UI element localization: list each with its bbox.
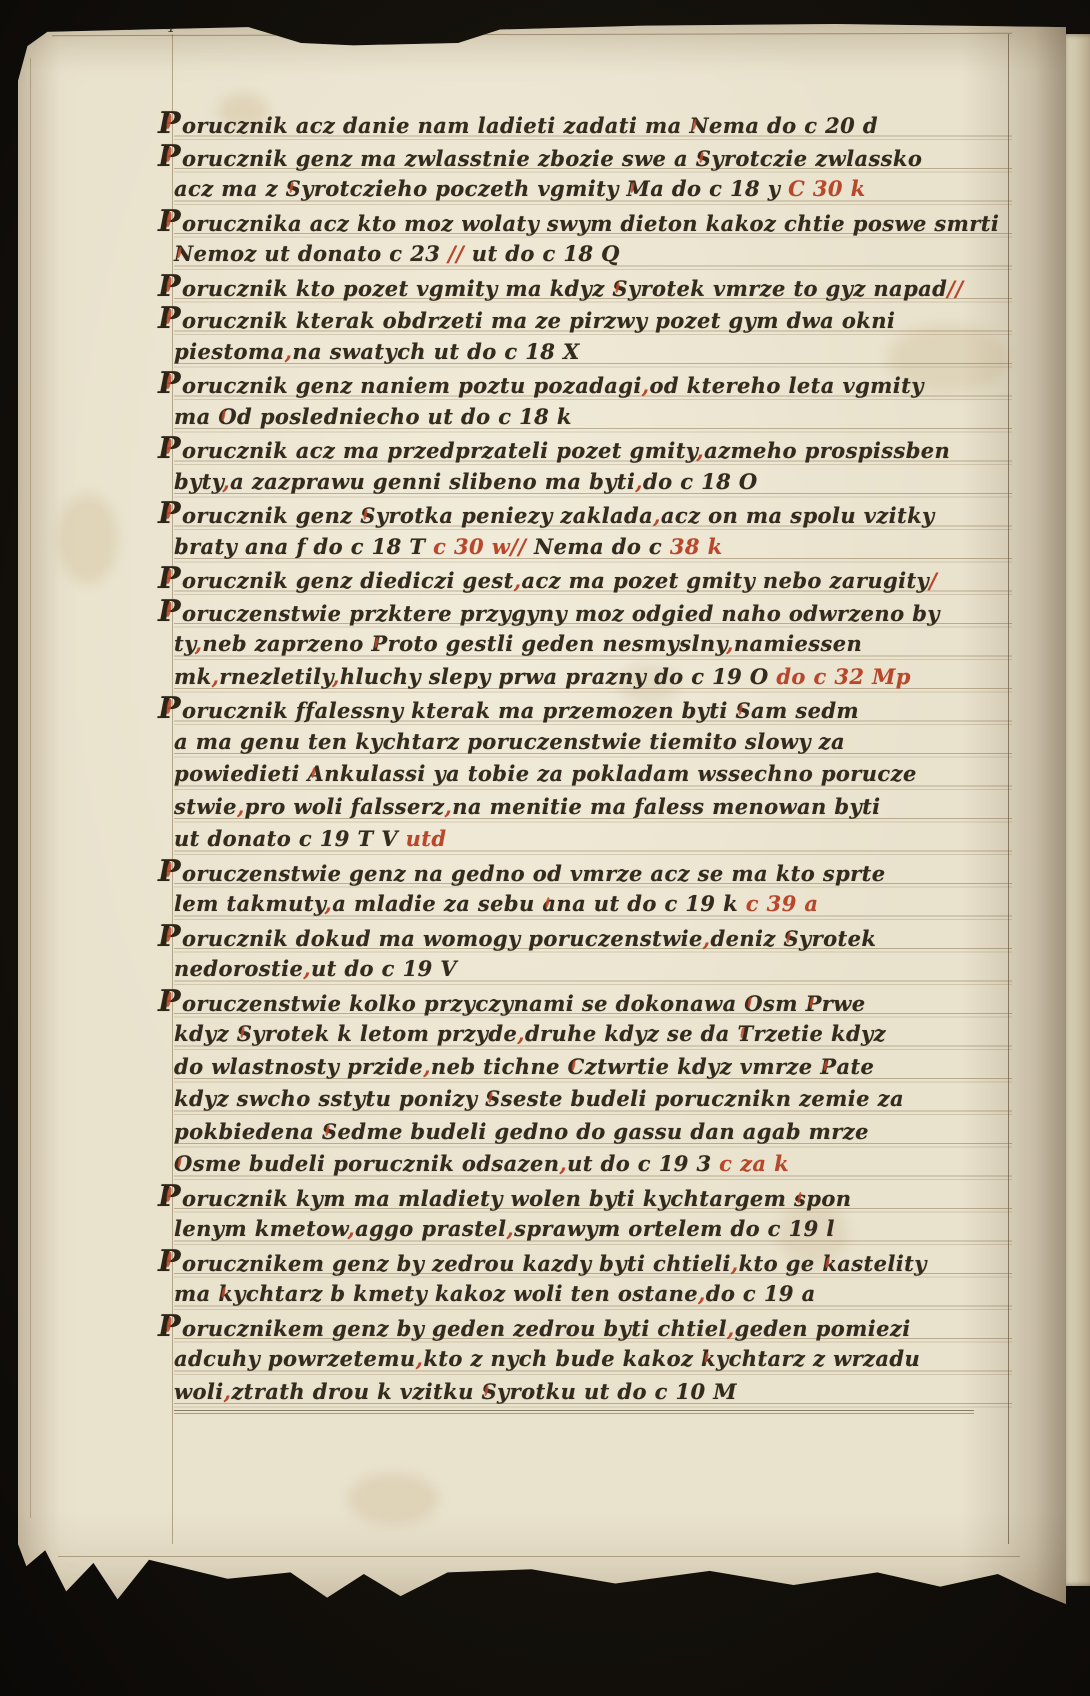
manuscript-line: Porucznik acz ma przedprzateli pozet gmi…: [174, 433, 1012, 466]
ink-text: mk: [174, 664, 212, 689]
ink-text: do wlastnosty przide: [174, 1054, 423, 1079]
ink-text: orucznikem genz by zedrou kazdy byti cht…: [182, 1251, 731, 1276]
ink-text: oruczenstwie genz na gedno od vmrze acz …: [182, 861, 886, 886]
ink-text: deniz: [711, 926, 784, 951]
ink-text: sme budeli porucznik odsazen: [193, 1151, 560, 1176]
ink-text: rwe: [822, 991, 866, 1016]
manuscript-line: lem takmuty,a mladie za sebu ana ut do c…: [174, 888, 1012, 921]
rubric-text: ,: [423, 1054, 431, 1079]
ink-text: ema do c 20 d: [709, 113, 878, 138]
ink-text: d posledniecho ut do c 18 k: [237, 404, 572, 429]
manuscript-line: kdyz swcho sstytu ponizy Sseste budeli p…: [174, 1083, 1012, 1116]
rubric-text: 38 k: [670, 534, 723, 559]
ink-text: yrotku ut do c 10 M: [497, 1379, 737, 1404]
ink-text: orucznik kto pozet vgmity ma kdyz: [182, 276, 612, 301]
ink-text: oruczenstwie przktere przygyny moz odgie…: [182, 601, 940, 626]
ink-text: neb tichne: [431, 1054, 568, 1079]
rubric-text: //: [448, 241, 464, 266]
ink-text: P: [806, 988, 822, 1021]
manuscript-line: Porucznik kterak obdrzeti ma ze pirzwy p…: [174, 303, 1012, 336]
ink-text: O: [174, 1148, 193, 1181]
ink-text: ychtarz b kmety kakoz woli ten ostane: [233, 1281, 698, 1306]
ink-text: ate: [836, 1054, 874, 1079]
ink-text: yrotczieho poczeth vgmity: [301, 176, 626, 201]
rubricated-initial: P: [158, 368, 182, 400]
ink-text: na menitie ma faless menowan byti: [452, 794, 880, 819]
ink-text: rzetie kdyz: [754, 1021, 886, 1046]
ink-text: lenym kmetow: [174, 1216, 347, 1241]
ink-text: ut do c 19 V: [311, 956, 457, 981]
ink-text: braty ana f do c 18 T: [174, 534, 433, 559]
ink-text: orucznik genz diediczi gest: [182, 568, 514, 593]
ink-text: hluchy slepy prwa prazny do c 19 O: [340, 664, 776, 689]
rubricated-initial: P: [158, 986, 182, 1018]
ink-text: woli: [174, 1379, 224, 1404]
rubricated-initial: P: [158, 1311, 182, 1343]
manuscript-line: Porucznik kto pozet vgmity ma kdyz Syrot…: [174, 271, 1012, 304]
ink-text: edme budeli gedno do gassu dan agab mrze: [337, 1119, 868, 1144]
manuscript-line: kdyz Syrotek k letom przyde,druhe kdyz s…: [174, 1018, 1012, 1051]
ink-text: do c 19 a: [706, 1281, 816, 1306]
ruling-line-bottom: [58, 1556, 1020, 1557]
rubric-text: /: [929, 568, 937, 593]
manuscript-line: ma kychtarz b kmety kakoz woli ten ostan…: [174, 1278, 1012, 1311]
rubricated-initial: P: [158, 921, 182, 953]
ink-text: emoz ut donato c 23: [194, 241, 448, 266]
manuscript-line: Porucznikem genz by zedrou kazdy byti ch…: [174, 1246, 1012, 1279]
manuscript-line: powiedieti Ankulassi ya tobie za poklada…: [174, 758, 1012, 791]
manuscript-line: ma Od posledniecho ut do c 18 k: [174, 401, 1012, 434]
rubric-text: utd: [406, 826, 447, 851]
ink-text: orucznik dokud ma womogy poruczenstwie: [182, 926, 703, 951]
ink-text: yrotka peniezy zaklada: [376, 503, 653, 528]
ink-text: k: [218, 1278, 233, 1311]
rubric-text: //: [947, 276, 963, 301]
rubricated-initial: P: [158, 141, 182, 173]
ink-text: rnezletily: [219, 664, 332, 689]
ink-text: orucznik genz ma zwlasstnie zbozie swe a: [182, 146, 696, 171]
ink-text: kto ge: [739, 1251, 823, 1276]
manuscript-line: Nemoz ut donato c 23 // ut do c 18 Q: [174, 238, 1012, 271]
ink-text: a ma genu ten kychtarz poruczenstwie tie…: [174, 729, 845, 754]
ink-text: S: [696, 143, 712, 176]
rubric-text: ,: [222, 469, 230, 494]
rubric-text: ,: [506, 1216, 514, 1241]
ink-text: orucznika acz kto moz wolaty swym dieton…: [182, 211, 999, 236]
manuscript-page: 4 Porucznik acz danie nam ladieti zadati…: [18, 24, 1066, 1604]
ink-text: C: [568, 1051, 585, 1084]
ink-text: S: [237, 1018, 253, 1051]
manuscript-line: Porucznikem genz by geden zedrou byti ch…: [174, 1311, 1012, 1344]
rubric-text: ,: [237, 794, 245, 819]
parchment-stain: [58, 494, 118, 584]
rubricated-initial: P: [158, 856, 182, 888]
rubric-text: ,: [653, 503, 661, 528]
rubric-text: ,: [347, 1216, 355, 1241]
ink-text: kdyz swcho sstytu ponizy: [174, 1086, 485, 1111]
ink-text: piestoma: [174, 339, 285, 364]
ink-text: k: [822, 1248, 837, 1281]
rubric-text: ,: [727, 1316, 735, 1341]
ink-text: do c 18 O: [643, 469, 758, 494]
ink-text: neb zaprzeno: [202, 631, 371, 656]
ink-text: N: [689, 110, 709, 143]
ink-text: O: [218, 401, 237, 434]
manuscript-line: Porucznika acz kto moz wolaty swym dieto…: [174, 206, 1012, 239]
manuscript-line: Porucznik dokud ma womogy poruczenstwie,…: [174, 921, 1012, 954]
ink-text: yrotek vmrze to gyz napad: [628, 276, 947, 301]
ink-text: ut do c 18 Q: [464, 241, 620, 266]
manuscript-line: pokbiedena Sedme budeli gedno do gassu d…: [174, 1116, 1012, 1149]
ink-text: yrotczie zwlassko: [711, 146, 922, 171]
ink-text: orucznik acz ma przedprzateli pozet gmit…: [182, 438, 696, 463]
ink-text: orucznikem genz by geden zedrou byti cht…: [182, 1316, 727, 1341]
ink-text: od ktereho leta vgmity: [649, 373, 923, 398]
ink-text: aggo prastel: [355, 1216, 506, 1241]
rubric-text: ,: [726, 631, 734, 656]
manuscript-line: do wlastnosty przide,neb tichne Cztwrtie…: [174, 1051, 1012, 1084]
ink-text: N: [174, 238, 194, 271]
rubricated-initial: P: [158, 563, 182, 595]
ink-text: ma: [174, 1281, 218, 1306]
rubricated-initial: P: [158, 1246, 182, 1278]
ink-text: ma: [174, 404, 218, 429]
ink-text: acz on ma spolu vzitky: [661, 503, 935, 528]
ink-text: sprawym ortelem do c 19 l: [514, 1216, 835, 1241]
ink-text: am sedm: [751, 698, 859, 723]
rubric-text: ,: [696, 438, 704, 463]
manuscript-line: ty,neb zaprzeno Proto gestli geden nesmy…: [174, 628, 1012, 661]
ink-text: k: [701, 1343, 716, 1376]
rubricated-initial: P: [158, 303, 182, 335]
parchment-stain: [348, 1474, 438, 1524]
text-block: Porucznik acz danie nam ladieti zadati m…: [174, 108, 1012, 1408]
ink-text: orucznik ffalessny kterak ma przemozen b…: [182, 698, 735, 723]
ink-text: Nema do c: [526, 534, 670, 559]
ink-text: A: [308, 758, 325, 791]
ink-text: stwie: [174, 794, 237, 819]
manuscript-line: Porucznik genz ma zwlasstnie zbozie swe …: [174, 141, 1012, 174]
manuscript-line: Porucznik genz Syrotka peniezy zaklada,a…: [174, 498, 1012, 531]
ink-text: na swatych ut do c 18 X: [292, 339, 579, 364]
ink-text: azmeho prospissben: [704, 438, 950, 463]
ink-text: nedorostie: [174, 956, 303, 981]
ink-text: sm: [763, 991, 806, 1016]
manuscript-line: woli,ztrath drou k vzitku Syrotku ut do …: [174, 1376, 1012, 1409]
ink-text: s: [794, 1183, 806, 1216]
ink-text: yrotek k letom przyde: [252, 1021, 517, 1046]
rubric-text: ,: [303, 956, 311, 981]
rubricated-initial: P: [158, 108, 182, 140]
manuscript-line: Porucznik kym ma mladiety wolen byti kyc…: [174, 1181, 1012, 1214]
ink-text: kto z nych bude kakoz: [423, 1346, 701, 1371]
ink-text: ztwrtie kdyz vmrze: [585, 1054, 820, 1079]
ink-text: a: [542, 888, 556, 921]
ink-text: na ut do c 19 k: [556, 891, 745, 916]
manuscript-line: Poruczenstwie genz na gedno od vmrze acz…: [174, 856, 1012, 889]
rubricated-initial: P: [158, 596, 182, 628]
ink-text: byty: [174, 469, 222, 494]
manuscript-line: adcuhy powrzetemu,kto z nych bude kakoz …: [174, 1343, 1012, 1376]
manuscript-line: acz ma z Syrotczieho poczeth vgmity Ma d…: [174, 173, 1012, 206]
ink-text: S: [735, 695, 751, 728]
ink-text: S: [481, 1376, 497, 1409]
rubricated-initial: P: [158, 271, 182, 303]
ink-text: ztrath drou k vzitku: [231, 1379, 481, 1404]
ink-text: ut do c 19 3: [567, 1151, 719, 1176]
manuscript-line: ut donato c 19 T V utd: [174, 823, 1012, 856]
ink-text: acz ma pozet gmity nebo zarugity: [521, 568, 929, 593]
rubric-text: ,: [703, 926, 711, 951]
manuscript-line: mk,rnezletily,hluchy slepy prwa prazny d…: [174, 661, 1012, 694]
manuscript-line: nedorostie,ut do c 19 V: [174, 953, 1012, 986]
ink-text: namiessen: [734, 631, 862, 656]
rubric-text: c za k: [719, 1151, 789, 1176]
ink-text: geden pomiezi: [735, 1316, 911, 1341]
ruling-line-top: [52, 33, 1012, 37]
end-of-text-double-rule: [174, 1410, 974, 1411]
rubric-text: ,: [517, 1021, 525, 1046]
rubric-text: C 30 k: [788, 176, 866, 201]
rubricated-initial: P: [158, 498, 182, 530]
ink-text: P: [820, 1051, 836, 1084]
ink-text: T: [737, 1018, 753, 1051]
manuscript-line: stwie,pro woli falsserz,na menitie ma fa…: [174, 791, 1012, 824]
ink-text: acz ma z: [174, 176, 286, 201]
ink-text: orucznik genz naniem poztu pozadagi: [182, 373, 642, 398]
ink-text: a do c 18 y: [650, 176, 788, 201]
ink-text: orucznik genz: [182, 503, 360, 528]
manuscript-line: braty ana f do c 18 T c 30 w// Nema do c…: [174, 531, 1012, 564]
manuscript-line: byty,a zazprawu genni slibeno ma byti,do…: [174, 466, 1012, 499]
ink-text: S: [485, 1083, 501, 1116]
ink-text: seste budeli porucznikn zemie za: [501, 1086, 904, 1111]
ink-text: a zazprawu genni slibeno ma byti: [230, 469, 635, 494]
ink-text: roto gestli geden nesmyslny: [388, 631, 727, 656]
rubricated-initial: P: [158, 206, 182, 238]
manuscript-line: Poruczenstwie kolko przyczynami se dokon…: [174, 986, 1012, 1019]
manuscript-line: Porucznik genz naniem poztu pozadagi,od …: [174, 368, 1012, 401]
rubric-text: ,: [698, 1281, 706, 1306]
ink-text: orucznik acz danie nam ladieti zadati ma: [182, 113, 689, 138]
ink-text: S: [322, 1116, 338, 1149]
rubric-text: ,: [635, 469, 643, 494]
manuscript-line: Porucznik ffalessny kterak ma przemozen …: [174, 693, 1012, 726]
ink-text: oruczenstwie kolko przyczynami se dokona…: [182, 991, 744, 1016]
ink-text: S: [360, 500, 376, 533]
ink-text: orucznik kym ma mladiety wolen byti kych…: [182, 1186, 794, 1211]
rubricated-initial: P: [158, 693, 182, 725]
ink-text: a mladie za sebu: [332, 891, 542, 916]
rubric-text: c 39 a: [746, 891, 819, 916]
ink-text: adcuhy powrzetemu: [174, 1346, 416, 1371]
ink-text: S: [783, 923, 799, 956]
ink-text: pokbiedena: [174, 1119, 322, 1144]
ink-text: druhe kdyz se da: [525, 1021, 738, 1046]
book-photograph: 4 Porucznik acz danie nam ladieti zadati…: [0, 0, 1090, 1696]
ink-text: S: [612, 273, 628, 306]
ink-text: ychtarz z wrzadu: [716, 1346, 920, 1371]
ink-text: astelity: [837, 1251, 927, 1276]
rubricated-initial: P: [158, 433, 182, 465]
ink-text: lem takmuty: [174, 891, 325, 916]
ink-text: kdyz: [174, 1021, 237, 1046]
ink-text: S: [286, 173, 302, 206]
ink-text: ty: [174, 631, 195, 656]
manuscript-line: Poruczenstwie przktere przygyny moz odgi…: [174, 596, 1012, 629]
ink-text: yrotek: [799, 926, 876, 951]
manuscript-line: Porucznik genz diediczi gest,acz ma poze…: [174, 563, 1012, 596]
manuscript-line: Osme budeli porucznik odsazen,ut do c 19…: [174, 1148, 1012, 1181]
rubric-text: c 30 w//: [433, 534, 526, 559]
ink-text: orucznik kterak obdrzeti ma ze pirzwy po…: [182, 308, 895, 333]
manuscript-line: Porucznik acz danie nam ladieti zadati m…: [174, 108, 1012, 141]
ink-text: powiedieti: [174, 761, 308, 786]
manuscript-line: a ma genu ten kychtarz poruczenstwie tie…: [174, 726, 1012, 759]
ink-text: pon: [806, 1186, 851, 1211]
ink-text: ut donato c 19 T V: [174, 826, 406, 851]
manuscript-line: lenym kmetow,aggo prastel,sprawym ortele…: [174, 1213, 1012, 1246]
folio-mark: 4: [166, 20, 175, 36]
rubric-text: do c 32 Mp: [776, 664, 911, 689]
ink-text: P: [371, 628, 387, 661]
ink-text: nkulassi ya tobie za pokladam wssechno p…: [324, 761, 916, 786]
rubricated-initial: P: [158, 1181, 182, 1213]
ruling-line-left-outer: [30, 58, 31, 1518]
ink-text: M: [627, 173, 651, 206]
rubric-text: ,: [559, 1151, 567, 1176]
ink-text: O: [744, 988, 763, 1021]
manuscript-line: piestoma,na swatych ut do c 18 X: [174, 336, 1012, 369]
rubric-text: ,: [731, 1251, 739, 1276]
rubric-text: ,: [332, 664, 340, 689]
ink-text: pro woli falsserz: [245, 794, 445, 819]
